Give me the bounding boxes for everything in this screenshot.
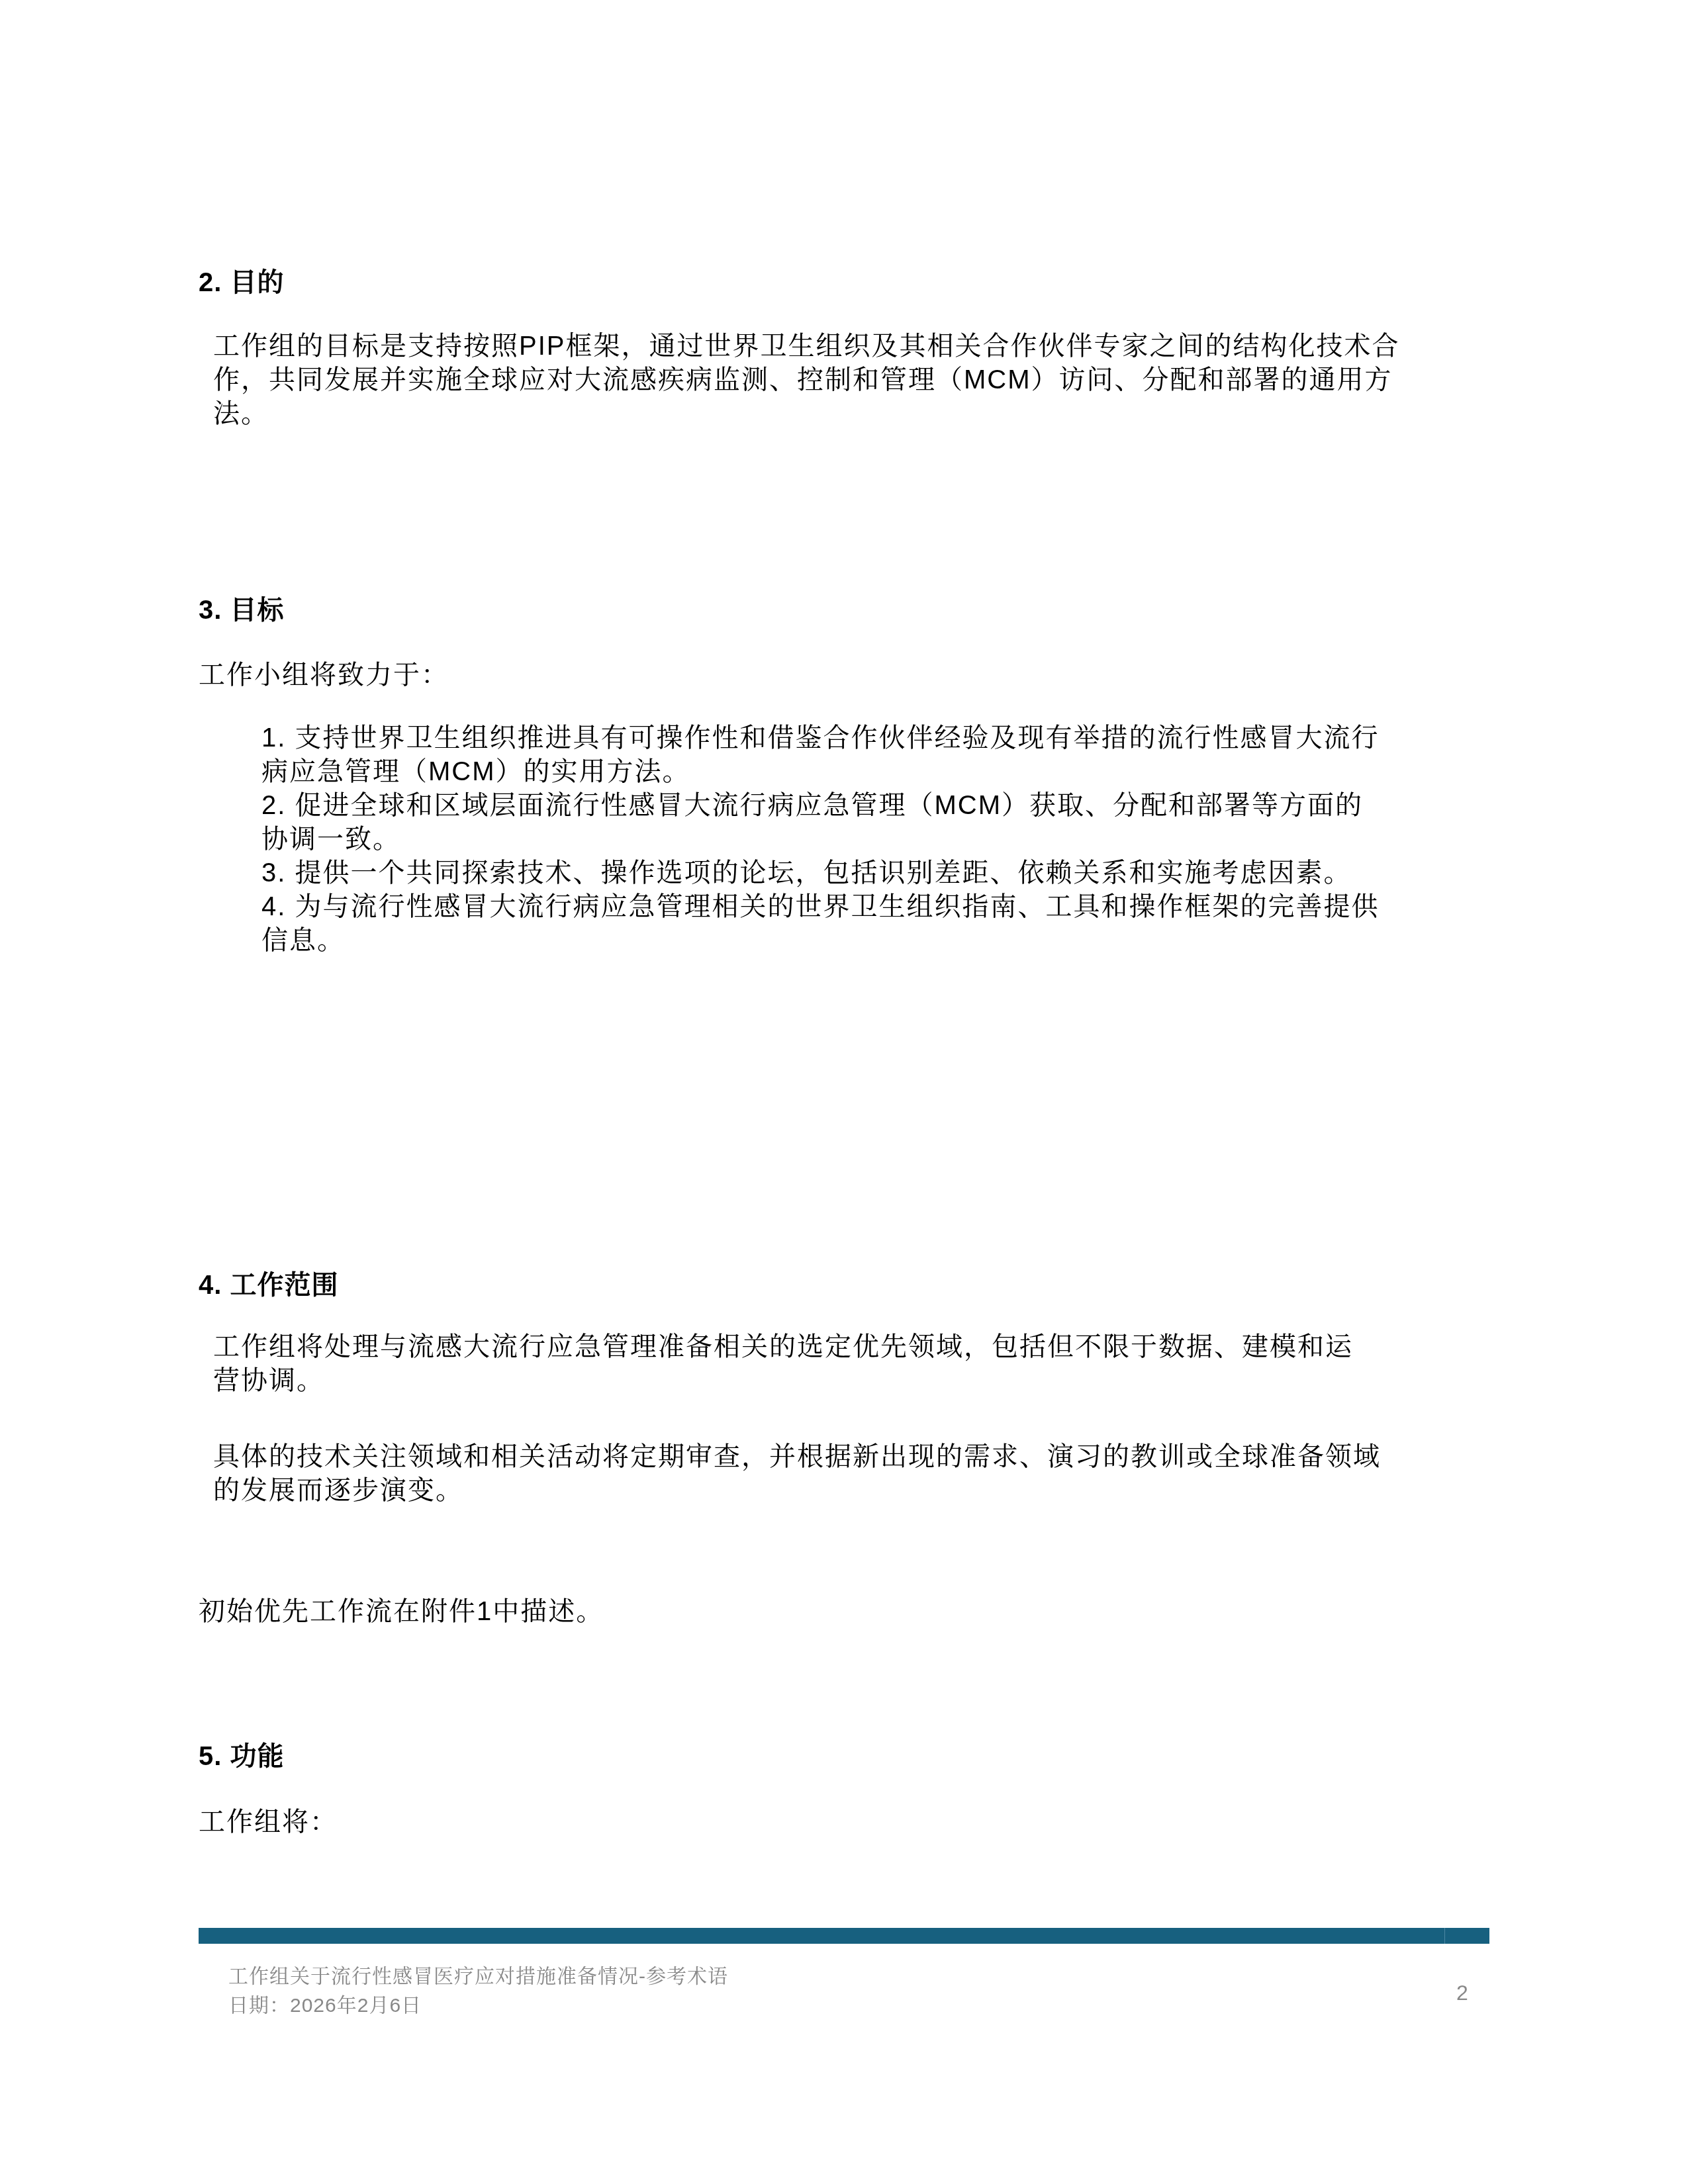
- functions-intro: 工作组将：: [199, 1805, 338, 1839]
- purpose-paragraph: 工作组的目标是支持按照PIP框架，通过世界卫生组织及其相关合作伙伴专家之间的结构…: [213, 330, 1504, 431]
- objective-item: 2. 促进全球和区域层面流行性感冒大流行病应急管理（MCM）获取、分配和部署等方…: [261, 789, 1519, 856]
- section-heading-objectives: 3. 目标: [199, 594, 284, 626]
- footer-divider-bar: [199, 1928, 1489, 1944]
- footer-bar-segment-divider: [1444, 1928, 1445, 1944]
- scope-note: 初始优先工作流在附件1中描述。: [199, 1595, 604, 1629]
- scope-paragraph-2: 具体的技术关注领域和相关活动将定期审查，并根据新出现的需求、演习的教训或全球准备…: [213, 1440, 1504, 1508]
- objective-item: 1. 支持世界卫生组织推进具有可操作性和借鉴合作伙伴经验及现有举措的流行性感冒大…: [261, 721, 1519, 789]
- objectives-list: 1. 支持世界卫生组织推进具有可操作性和借鉴合作伙伴经验及现有举措的流行性感冒大…: [261, 721, 1519, 958]
- objectives-intro: 工作小组将致力于：: [199, 659, 449, 692]
- scope-paragraph-1: 工作组将处理与流感大流行应急管理准备相关的选定优先领域，包括但不限于数据、建模和…: [213, 1330, 1504, 1398]
- section-heading-functions: 5. 功能: [199, 1741, 284, 1772]
- objective-item: 3. 提供一个共同探索技术、操作选项的论坛，包括识别差距、依赖关系和实施考虑因素…: [261, 856, 1519, 890]
- footer-date: 日期：2026年2月6日: [228, 1991, 422, 2021]
- page-number: 2: [1456, 1981, 1468, 2005]
- section-heading-scope: 4. 工作范围: [199, 1269, 338, 1301]
- footer-document-title: 工作组关于流行性感冒医疗应对措施准备情况-参考术语: [228, 1962, 728, 1991]
- objective-item: 4. 为与流行性感冒大流行病应急管理相关的世界卫生组织指南、工具和操作框架的完善…: [261, 890, 1519, 958]
- section-heading-purpose: 2. 目的: [199, 267, 284, 298]
